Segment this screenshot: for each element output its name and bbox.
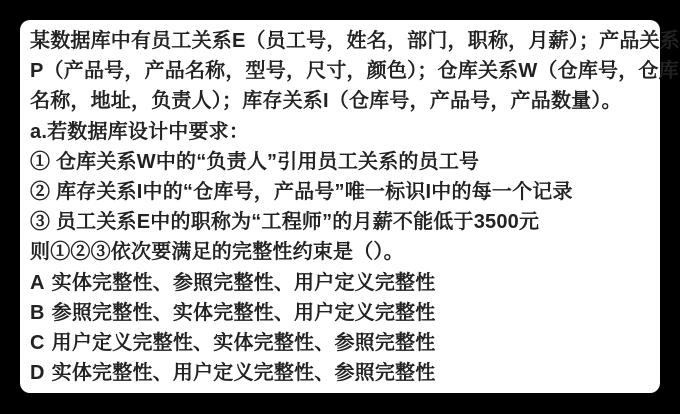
question-stem-line-1: 某数据库中有员工关系E（员工号，姓名，部门，职称，月薪）；产品关系 [30,26,652,56]
option-b-label: B [30,298,45,328]
option-a[interactable]: A实体完整性、参照完整性、用户定义完整性 [30,268,652,298]
question-prompt: 则①②③依次要满足的完整性约束是（）。 [30,237,652,267]
option-b-text: 参照完整性、实体完整性、用户定义完整性 [52,302,436,324]
option-a-label: A [30,268,45,298]
option-c-label: C [30,328,45,358]
question-card: 某数据库中有员工关系E（员工号，姓名，部门，职称，月薪）；产品关系 P（产品号，… [20,20,660,393]
question-stem-line-3: 名称，地址，负责人）；库存关系I（仓库号，产品号，产品数量）。 [30,86,652,116]
question-stem-line-2: P（产品号，产品名称，型号，尺寸，颜色）；仓库关系W（仓库号，仓库 [30,56,652,86]
question-condition-2: ② 库存关系I中的“仓库号，产品号”唯一标识I中的每一个记录 [30,177,652,207]
option-d-label: D [30,358,45,388]
option-d-text: 实体完整性、用户定义完整性、参照完整性 [52,362,436,384]
option-d[interactable]: D实体完整性、用户定义完整性、参照完整性 [30,358,652,388]
question-condition-1: ① 仓库关系W中的“负责人”引用员工关系的员工号 [30,147,652,177]
question-subpart-label: a.若数据库设计中要求： [30,117,652,147]
option-c[interactable]: C用户定义完整性、实体完整性、参照完整性 [30,328,652,358]
option-c-text: 用户定义完整性、实体完整性、参照完整性 [52,332,436,354]
option-b[interactable]: B参照完整性、实体完整性、用户定义完整性 [30,298,652,328]
question-condition-3: ③ 员工关系E中的职称为“工程师”的月薪不能低于3500元 [30,207,652,237]
option-a-text: 实体完整性、参照完整性、用户定义完整性 [52,272,436,294]
